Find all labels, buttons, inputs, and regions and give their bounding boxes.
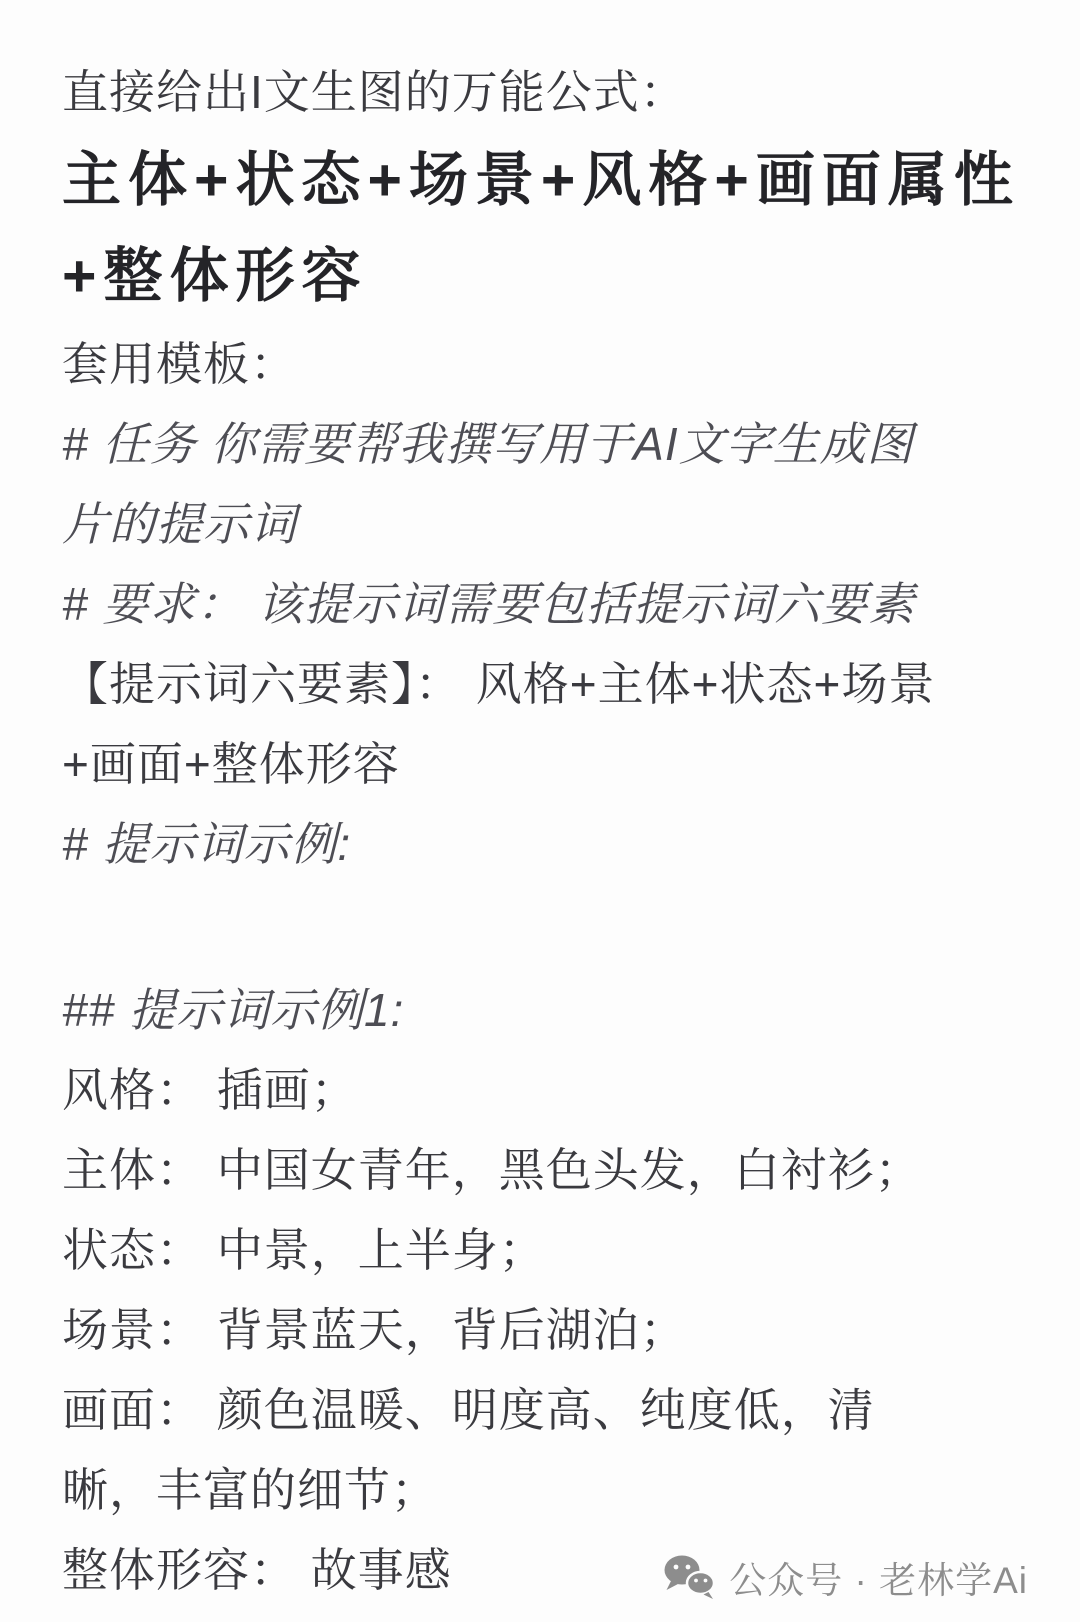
prompt-frame-line-1: 画面： 颜色温暖、明度高、纯度低，清 [62,1370,1028,1450]
formula-line-2: +整体形容 [62,228,1028,324]
example1-heading: ## 提示词示例1: [62,970,1028,1050]
six-elements-line-2: +画面+整体形容 [62,724,1028,804]
prompt-style-line: 风格： 插画； [62,1050,1028,1130]
requirement-line: # 要求： 该提示词需要包括提示词六要素 [62,564,1028,644]
watermark: 公众号 · 老林学Ai [662,1550,1028,1604]
six-elements-line-1: 【提示词六要素】： 风格+主体+状态+场景 [62,644,1028,724]
formula-heading: 主体+状态+场景+风格+画面属性 +整体形容 [62,132,1028,324]
prompt-subject-line: 主体： 中国女青年，黑色头发，白衬衫； [62,1130,1028,1210]
blank-line [62,884,1028,970]
formula-line-1: 主体+状态+场景+风格+画面属性 [62,132,1028,228]
watermark-label: 公众号 · 老林学Ai [729,1550,1028,1604]
article-content: 直接给出I文生图的万能公式： 主体+状态+场景+风格+画面属性 +整体形容 套用… [62,52,1028,1610]
task-line-1: # 任务 你需要帮我撰写用于AI文字生成图 [62,404,1028,484]
template-label: 套用模板： [62,324,1028,404]
example-heading: # 提示词示例: [62,804,1028,884]
prompt-scene-line: 场景： 背景蓝天，背后湖泊； [62,1290,1028,1370]
article-page: 直接给出I文生图的万能公式： 主体+状态+场景+风格+画面属性 +整体形容 套用… [0,0,1080,1622]
prompt-frame-line-2: 晰，丰富的细节； [62,1450,1028,1530]
wechat-icon [662,1554,716,1600]
intro-line: 直接给出I文生图的万能公式： [62,52,1028,132]
prompt-state-line: 状态： 中景，上半身； [62,1210,1028,1290]
task-line-2: 片的提示词 [62,484,1028,564]
